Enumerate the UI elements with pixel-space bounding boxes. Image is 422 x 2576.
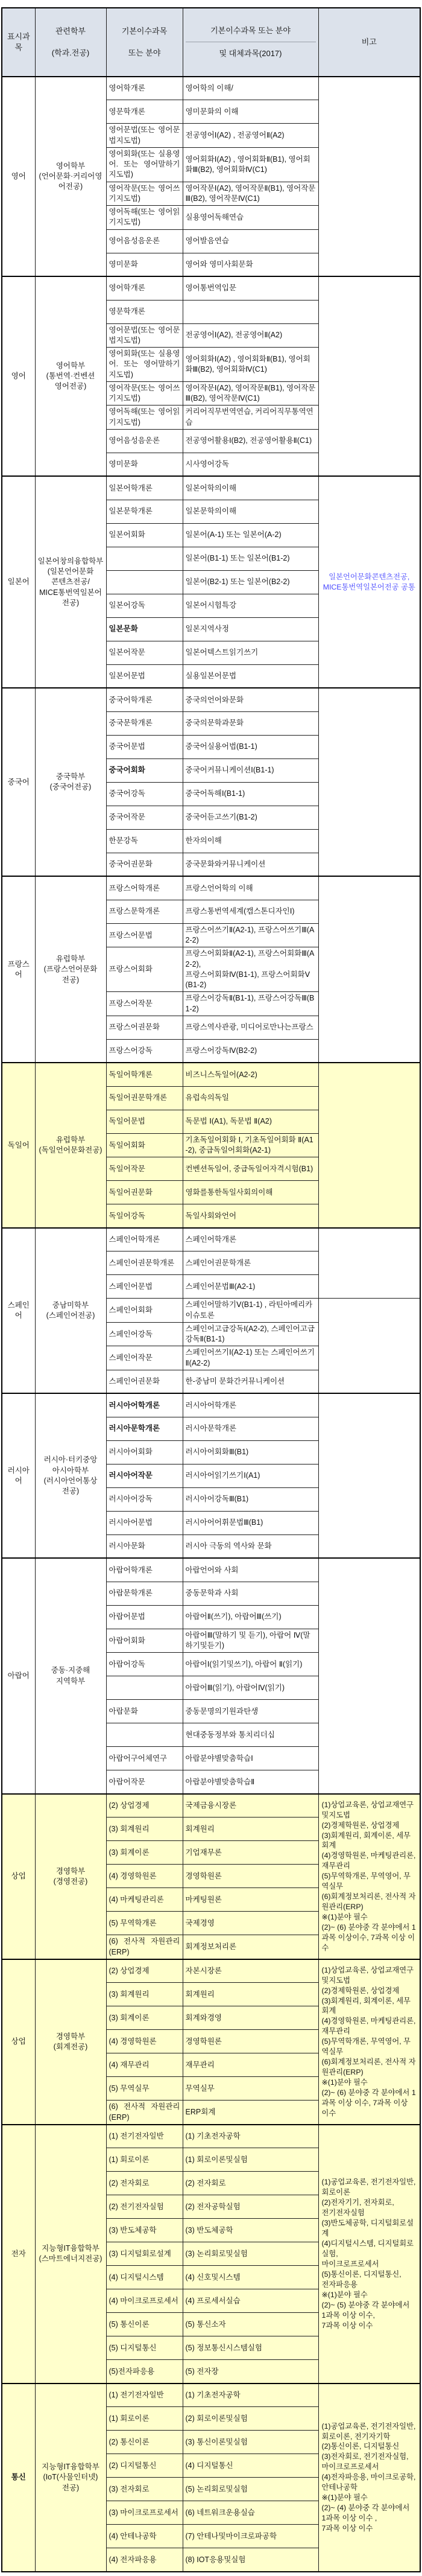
substitute-cell: 경영학원론 [183,1865,318,1888]
course-cell: (4) 마이크로프로세서 [106,2289,183,2313]
course-cell: 스페인어강독 [106,1322,183,1346]
substitute-cell: 영어발음연습 [183,229,318,253]
course-cell: 스페인어권문화 [106,1370,183,1393]
substitute-cell: 영어작문Ⅰ(A2), 영어작문Ⅱ(B1), 영어작문Ⅲ(B2), 영어작문Ⅳ(C… [183,381,318,405]
course-cell: 영문학개론 [106,300,183,323]
course-cell: 영어독해(또는 영어읽기지도법) [106,405,183,430]
course-cell: 독일어문법 [106,1110,183,1133]
substitute-cell: 국제금융시장론 [183,1794,318,1818]
subject-cell: 상업 [2,1794,35,1959]
course-cell: 중국어회화 [106,758,183,782]
course-cell: 일본어작문 [106,641,183,664]
substitute-cell: 실용일본어문법 [183,664,318,688]
substitute-cell: 러시아어읽기쓰기Ⅰ(A1) [183,1464,318,1487]
substitute-cell: 일본어(B2-1) 또는 일본어(B2-2) [183,570,318,594]
header-note: 비고 [318,8,420,77]
course-cell: 프랑스문학개론 [106,900,183,923]
course-cell: (2) 디지털통신 [106,2454,183,2478]
dept-cell: 경영학부 (경영전공) [35,1794,106,1959]
course-cell [106,570,183,594]
course-cell: 영어음성음운론 [106,229,183,253]
substitute-cell: 프랑스역사관광, 미디어로만나는프랑스 [183,1016,318,1039]
substitute-cell: (1) 기초전자공학 [183,2384,318,2407]
substitute-cell [183,300,318,323]
substitute-cell: (8) IOT응용및실험 [183,2548,318,2572]
substitute-cell: 스페인어문법Ⅲ(A2-1) [183,1275,318,1299]
course-cell: (5) 무역학개론 [106,1912,183,1935]
subject-cell: 독일어 [2,1063,35,1228]
course-cell: 프랑스어회화 [106,947,183,992]
course-cell: 영어학개론 [106,77,183,100]
substitute-cell: 재무관리 [183,2053,318,2077]
substitute-cell: 아랍언어와 사회 [183,1558,318,1582]
substitute-cell: 일본어(B1-1) 또는 일본어(B1-2) [183,547,318,570]
course-cell: (4) 경영학원론 [106,1865,183,1888]
substitute-cell: 일본문학의이해 [183,500,318,523]
substitute-cell: 러시아어학개론 [183,1393,318,1417]
table-row: 영어영어학부 (언어문화·커리어영어전공)영어학개론영어학의 이해/ [2,77,420,100]
substitute-cell: 회계원리 [183,1818,318,1841]
dept-cell: 지능형IT융합학부 (스마트에너지전공) [35,2125,106,2384]
substitute-cell: 일본어학의이해 [183,476,318,500]
course-cell: 러시아어학개론 [106,1393,183,1417]
substitute-cell: (5) 통신소자 [183,2313,318,2336]
table-header: 표시과목 관련학부 (학과.전공) 기본이수과목 또는 분야 기본이수과목 또는… [2,8,420,77]
note-cell [318,688,420,876]
subject-cell: 일본어 [2,476,35,688]
subject-cell: 영어 [2,276,35,476]
course-cell: (2) 상업경제 [106,1959,183,1983]
dept-cell: 일본어창의융합학부 (일본언어문화 콘텐츠전공/ MICE통번역일본어 전공) [35,476,106,688]
substitute-cell: 중국어실용어법(B1-1) [183,735,318,758]
subject-cell: 스페인어 [2,1228,35,1394]
course-cell: 러시아문화 [106,1534,183,1558]
substitute-cell: 스페인어쓰기Ⅰ(A2-1) 또는 스페인어쓰기Ⅱ(A2-2) [183,1346,318,1370]
substitute-cell: 경영학원론 [183,2030,318,2053]
table-row: 중국어중국학부 (중국어전공)중국어학개론중국의언어와문화 [2,688,420,711]
substitute-cell: 마케팅원론 [183,1888,318,1912]
note-cell [318,1393,420,1558]
course-cell: (1) 회로이론 [106,2407,183,2431]
substitute-cell: 아랍어Ⅰ(읽기및쓰기), 아랍어 Ⅱ(읽기) [183,1653,318,1676]
course-cell: (6) 전사적 자원관리(ERP) [106,1935,183,1959]
course-cell: (2) 상업경제 [106,1794,183,1818]
substitute-cell: 아랍어Ⅱ(쓰기), 아랍어Ⅲ(쓰기) [183,1605,318,1629]
substitute-cell: 한자의이해 [183,829,318,853]
course-cell: (3) 회계이론 [106,1841,183,1865]
course-cell: (5) 무역실무 [106,2077,183,2101]
substitute-cell: 영어학의 이해/ [183,77,318,100]
substitute-cell: 기업재무론 [183,1841,318,1865]
course-cell: (2) 전기전자실험 [106,2195,183,2219]
substitute-cell: 아랍분야별맞춤학습Ⅱ [183,1770,318,1794]
substitute-cell: 프랑스어쓰기Ⅱ(A2-1), 프랑스어쓰기Ⅲ(A2-2) [183,923,318,947]
table-row: 아랍어중동·지중해 지역학부아랍어학개론아랍언어와 사회 [2,1558,420,1582]
substitute-cell: 스페인어권문학개론 [183,1251,318,1275]
substitute-cell: (2) 회로이론및실험 [183,2407,318,2431]
table-row: 통신지능형IT융합학부 (IoT(사물인터넷) 전공)(1) 전기전자일반(1)… [2,2384,420,2407]
note-cell [318,1558,420,1794]
header-subject: 표시과목 [2,8,35,77]
course-cell: 일본어강독 [106,594,183,617]
course-cell: 영어학개론 [106,276,183,300]
substitute-cell: 기초독일어회화 Ⅰ, 기초독일어회화 Ⅱ(A1-2), 중급독일어회화(A2-1… [183,1133,318,1157]
substitute-cell: 현대중동정부와 통치리더십 [183,1723,318,1747]
substitute-cell: 영어와 영미사회문화 [183,253,318,276]
substitute-cell: 무역실무 [183,2077,318,2101]
course-cell: 영어작문(또는 영어쓰기지도법) [106,381,183,405]
note-cell [318,1063,420,1228]
table-row: 러시아어러시아·터키중앙 아시아학부 (러시아언어통상 전공)러시아어학개론러시… [2,1393,420,1417]
substitute-cell: (3) 논리회로및실험 [183,2242,318,2266]
substitute-cell: (3) 반도체공학 [183,2219,318,2242]
course-cell: (1) 회로이론 [106,2148,183,2172]
course-cell: (5)전자파응용 [106,2360,183,2384]
substitute-cell: (3) 통신이론및실험 [183,2431,318,2454]
substitute-cell: 영어작문Ⅰ(A2), 영어작문Ⅱ(B1), 영어작문Ⅲ(B2), 영어작문Ⅳ(C… [183,182,318,206]
course-cell [106,547,183,570]
course-cell: 프랑스어강독 [106,1039,183,1063]
substitute-cell: 커리어직무번역연습, 커리어직무통역연습 [183,405,318,430]
course-cell: (3) 마이크로프로세서 [106,2501,183,2525]
course-cell: (3) 회계이론 [106,2006,183,2030]
course-cell: (4) 경영학원론 [106,2030,183,2053]
course-cell: 영미문화 [106,453,183,476]
course-cell [106,1723,183,1747]
dept-cell: 영어학부 (언어문화·커리어영어전공) [35,77,106,276]
course-cell: 중국어문법 [106,735,183,758]
substitute-cell: (4) 디지털통신 [183,2454,318,2478]
substitute-cell: 국제경영 [183,1912,318,1935]
dept-cell: 유럽학부 (독일언어문화전공) [35,1063,106,1228]
substitute-cell: 프랑스언어학의 이해 [183,876,318,900]
dept-cell: 러시아·터키중앙 아시아학부 (러시아언어통상 전공) [35,1393,106,1558]
course-cell: 영어문법(또는 영어문법지도법) [106,124,183,148]
course-cell: 중국어강독 [106,782,183,806]
table-row: 상업경영학부 (회계전공)(2) 상업경제자본시장론(1)상업교육론, 상업교재… [2,1959,420,1983]
course-cell: 아랍문화 [106,1700,183,1723]
substitute-cell: 중동문명의기원과탄생 [183,1700,318,1723]
course-cell: (2) 전자회로 [106,2172,183,2195]
substitute-cell: 스페인어고급강독Ⅰ(A2-2), 스페인어고급강독Ⅱ(B1-1) [183,1322,318,1346]
substitute-cell: 일본어(A-1) 또는 일본어(A-2) [183,523,318,547]
substitute-cell: (2) 전자회로 [183,2172,318,2195]
substitute-cell: 영어회화Ⅰ(A2) , 영어회화Ⅱ(B1), 영어회화Ⅲ(B2), 영어회화Ⅳ(… [183,348,318,382]
subject-cell: 영어 [2,77,35,276]
dept-cell: 중동·지중해 지역학부 [35,1558,106,1794]
note-cell: (1)상업교육론, 상업교재연구및지도법 (2)경제학원론, 상업경제 (3)회… [318,1959,420,2125]
dept-cell: 중국학부 (중국어전공) [35,688,106,876]
substitute-cell: 유럽속의독일 [183,1086,318,1110]
course-cell: 스페인어문법 [106,1275,183,1299]
substitute-cell: 프랑스어강독Ⅱ(B1-1), 프랑스어강독Ⅲ(B1-2) [183,992,318,1016]
course-cell: 스페인어회화 [106,1299,183,1323]
substitute-cell: 시사영어강독 [183,453,318,476]
note-cell: (1)공업교육론, 전기전자일반, 회로이론 (2)전자기기, 전자회로, 전기… [318,2125,420,2384]
subject-cell: 아랍어 [2,1558,35,1794]
header-substitute-course-bottom: 및 대체과목(2017) [184,42,317,65]
course-cell: 독일어권문화 [106,1181,183,1204]
course-cell: 일본어문법 [106,664,183,688]
course-cell: 프랑스어작문 [106,992,183,1016]
substitute-cell: (6) 네트워크운용실습 [183,2501,318,2525]
substitute-cell: (7) 안테나및마이크로파공학 [183,2525,318,2548]
course-cell: (5) 통신이론 [106,2313,183,2336]
course-cell: 일본어회화 [106,523,183,547]
note-cell [318,1299,420,1394]
course-cell: 독일어강독 [106,1204,183,1228]
course-cell: 러시아어회화 [106,1440,183,1464]
course-cell: 독일어작문 [106,1157,183,1181]
course-cell: (5) 디지털통신 [106,2336,183,2360]
substitute-cell: 비즈니스독일어(A2-2) [183,1063,318,1086]
course-cell: 스페인어작문 [106,1346,183,1370]
table-row: 독일어유럽학부 (독일언어문화전공)독일어학개론비즈니스독일어(A2-2) [2,1063,420,1086]
course-cell: 영미문화 [106,253,183,276]
substitute-cell: 회계원리 [183,1983,318,2006]
substitute-cell: 독문법 Ⅰ(A1), 독문법 Ⅱ(A2) [183,1110,318,1133]
note-cell: (1)공업교육론, 전기전자일반, 회로이론, 전기자기학 (2)통신이론, 디… [318,2384,420,2572]
subject-cell: 러시아어 [2,1393,35,1558]
substitute-cell: 러시아어강독Ⅲ(B1) [183,1487,318,1511]
note-cell [318,876,420,1063]
subject-cell: 통신 [2,2384,35,2572]
substitute-cell: 중국문화와커뮤니케이션 [183,853,318,876]
course-cell: (2) 통신이론 [106,2431,183,2454]
dept-cell: 유럽학부 (프랑스언어문화 전공) [35,876,106,1063]
substitute-cell: 중국어듣고쓰기(B1-2) [183,806,318,829]
course-cell: 영어작문(또는 영어쓰기지도법) [106,182,183,206]
substitute-cell: 중국어커뮤니케이션Ⅰ(B1-1) [183,758,318,782]
table-row: 스페인어중남미학부 (스페인어전공)스페인어학개론스페인어학개론 [2,1228,420,1251]
note-cell: (1)상업교육론, 상업교재연구및지도법 (2)경제학원론, 상업경제 (3)회… [318,1794,420,1959]
course-cell: (4) 안테나공학 [106,2525,183,2548]
substitute-cell: 전공영어Ⅰ(A2), 전공영어Ⅱ(A2) [183,323,318,348]
substitute-cell: 영어통번역입문 [183,276,318,300]
substitute-cell: (4) 신호및시스템 [183,2266,318,2289]
substitute-cell: 실용영어독해연습 [183,206,318,230]
dept-cell: 경영학부 (회계전공) [35,1959,106,2125]
note-cell [318,77,420,276]
dept-cell: 지능형IT융합학부 (IoT(사물인터넷) 전공) [35,2384,106,2572]
course-cell: (3) 전자회로 [106,2478,183,2501]
course-cell: 아랍문학개론 [106,1582,183,1605]
table-row: 프랑스어유럽학부 (프랑스언어문화 전공)프랑스어학개론프랑스언어학의 이해 [2,876,420,900]
substitute-cell: 러시아문학개론 [183,1417,318,1440]
substitute-cell: 중국어독해Ⅰ(B1-1) [183,782,318,806]
substitute-cell: 중동문학과 사회 [183,1582,318,1605]
course-cell: 독일어회화 [106,1133,183,1157]
course-cell: (1) 전기전자일반 [106,2125,183,2148]
substitute-cell: (1) 회로이론및실험 [183,2148,318,2172]
course-cell: 러시아문학개론 [106,1417,183,1440]
table-row: 일본어일본어창의융합학부 (일본언어문화 콘텐츠전공/ MICE통번역일본어 전… [2,476,420,500]
dept-cell: 중남미학부 (스페인어전공) [35,1228,106,1394]
course-cell: 영어음성음운론 [106,429,183,453]
substitute-cell: 프랑스통번역세계(캡스톤디자인Ⅰ) [183,900,318,923]
substitute-cell: 회계와경영 [183,2006,318,2030]
substitute-cell: 컨벤션독일어, 중급독일어자격시험(B1) [183,1157,318,1181]
substitute-cell: ERP회계 [183,2101,318,2125]
substitute-cell: 중국의언어와문화 [183,688,318,711]
header-substitute-course: 기본이수과목 또는 분야 및 대체과목(2017) [183,8,318,77]
course-cell: 영어독해(또는 영어읽기지도법) [106,206,183,230]
course-cell: 러시아어문법 [106,1511,183,1534]
course-cell: 일본어학개론 [106,476,183,500]
course-cell: (3) 회계원리 [106,1983,183,2006]
substitute-cell: 회계정보처리론 [183,1935,318,1959]
substitute-cell: 러시아어어휘문법Ⅲ(B1) [183,1511,318,1534]
course-cell: 영어회화(또는 실용영어. 또는 영어말하기지도법) [106,147,183,182]
substitute-cell: 영미문화의 이해 [183,100,318,124]
header-basic-course: 기본이수과목 또는 분야 [106,8,183,77]
course-cell: (4) 디지털시스템 [106,2266,183,2289]
curriculum-table-body: 영어영어학부 (언어문화·커리어영어전공)영어학개론영어학의 이해/영문학개론영… [2,77,420,2572]
substitute-cell: (5) 전자장 [183,2360,318,2384]
course-cell: 일본문화 [106,617,183,641]
course-cell: 독일어학개론 [106,1063,183,1086]
subject-cell: 중국어 [2,688,35,876]
course-cell: (1) 전기전자일반 [106,2384,183,2407]
substitute-cell: (5) 논리회로및실험 [183,2478,318,2501]
table-row: 상업경영학부 (경영전공)(2) 상업경제국제금융시장론(1)상업교육론, 상업… [2,1794,420,1818]
header-substitute-course-top: 기본이수과목 또는 분야 [184,19,317,42]
course-cell: 아랍어작문 [106,1770,183,1794]
substitute-cell: 스페인어말하기Ⅴ(B1-1) , 라틴아메리카이슈토론 [183,1299,318,1323]
course-cell: 러시아어작문 [106,1464,183,1487]
dept-cell: 영어학부 (통번역·컨벤션 영어전공) [35,276,106,476]
substitute-cell: 영어회화Ⅰ(A2) , 영어회화Ⅱ(B1), 영어회화Ⅲ(B2), 영어회화Ⅳ(… [183,147,318,182]
curriculum-table: 표시과목 관련학부 (학과.전공) 기본이수과목 또는 분야 기본이수과목 또는… [1,7,421,2572]
note-cell [318,276,420,476]
substitute-cell: 러시아어회화Ⅲ(B1) [183,1440,318,1464]
substitute-cell: 독일사회와언어 [183,1204,318,1228]
course-cell: 독일어권문학개론 [106,1086,183,1110]
table-row: 영어영어학부 (통번역·컨벤션 영어전공)영어학개론영어통번역입문 [2,276,420,300]
note-cell [318,1228,420,1299]
course-cell: 중국어학개론 [106,688,183,711]
course-cell: 러시아어강독 [106,1487,183,1511]
substitute-cell: (4) 프로세서실습 [183,2289,318,2313]
course-cell: 영어문법(또는 영어문법지도법) [106,323,183,348]
substitute-cell: 아랍분야별맞춤학습Ⅰ [183,1747,318,1770]
course-cell: 스페인어권문학개론 [106,1251,183,1275]
course-cell: 중국어작문 [106,806,183,829]
course-cell: 아랍어회화 [106,1629,183,1653]
substitute-cell: (5) 정보통신시스템실험 [183,2336,318,2360]
substitute-cell: 영화를통한독일사회의이해 [183,1181,318,1204]
substitute-cell: 아랍어Ⅲ(읽기), 아랍어Ⅳ(읽기) [183,1676,318,1700]
course-cell: 프랑스어문법 [106,923,183,947]
course-cell [106,1676,183,1700]
course-cell: 프랑스어권문화 [106,1016,183,1039]
substitute-cell: 자본시장론 [183,1959,318,1983]
course-cell: (3) 회계원리 [106,1818,183,1841]
course-cell: 일본문학개론 [106,500,183,523]
course-cell: (4) 전자파응용 [106,2548,183,2572]
substitute-cell: 스페인어학개론 [183,1228,318,1251]
course-cell: (6) 전사적 자원관리(ERP) [106,2101,183,2125]
substitute-cell: 아랍어Ⅲ(말하기 및 듣기), 아랍어 Ⅳ(말하기및듣기) [183,1629,318,1653]
course-cell: (4) 마케팅관리론 [106,1888,183,1912]
substitute-cell: 일본어시험특강 [183,594,318,617]
course-cell: 아랍어강독 [106,1653,183,1676]
substitute-cell: 일본어텍스트읽기쓰기 [183,641,318,664]
header-department: 관련학부 (학과.전공) [35,8,106,77]
course-cell: 아랍어구어체연구 [106,1747,183,1770]
substitute-cell: 중국의문학과문화 [183,711,318,735]
course-cell: 영어회화(또는 실용영어. 또는 영어말하기지도법) [106,348,183,382]
subject-cell: 전자 [2,2125,35,2384]
course-cell: 프랑스어학개론 [106,876,183,900]
substitute-cell: 프랑스어회화Ⅱ(A2-1), 프랑스어회화Ⅲ(A2-2), 프랑스어회화Ⅳ(B1… [183,947,318,992]
substitute-cell: (2) 전자공학실험 [183,2195,318,2219]
course-cell: 스페인어학개론 [106,1228,183,1251]
course-cell: 중국어권문화 [106,853,183,876]
substitute-cell: 러시아 극동의 역사와 문화 [183,1534,318,1558]
substitute-cell: 전공영어활용Ⅰ(B2), 전공영어활용Ⅱ(C1) [183,429,318,453]
substitute-cell: (1) 기초전자공학 [183,2125,318,2148]
course-cell: 아랍어학개론 [106,1558,183,1582]
page: 표시과목 관련학부 (학과.전공) 기본이수과목 또는 분야 기본이수과목 또는… [0,7,422,2572]
course-cell: (3) 반도체공학 [106,2219,183,2242]
substitute-cell: 한-중남미 문화간커뮤니케이션 [183,1370,318,1393]
subject-cell: 상업 [2,1959,35,2125]
course-cell: (4) 재무관리 [106,2053,183,2077]
table-row: 전자지능형IT융합학부 (스마트에너지전공)(1) 전기전자일반(1) 기초전자… [2,2125,420,2148]
note-cell: 일본언어문화콘텐츠전공, MICE통번역일본어전공 공통 [318,476,420,688]
substitute-cell: 프랑스어강독Ⅳ(B2-2) [183,1039,318,1063]
substitute-cell: 일본지역사정 [183,617,318,641]
course-cell: 아랍어문법 [106,1605,183,1629]
course-cell: (3) 디지털회로설계 [106,2242,183,2266]
course-cell: 영문학개론 [106,100,183,124]
subject-cell: 프랑스어 [2,876,35,1063]
course-cell: 중국문학개론 [106,711,183,735]
course-cell: 한문강독 [106,829,183,853]
substitute-cell: 전공영어Ⅰ(A2) , 전공영어Ⅱ(A2) [183,124,318,148]
